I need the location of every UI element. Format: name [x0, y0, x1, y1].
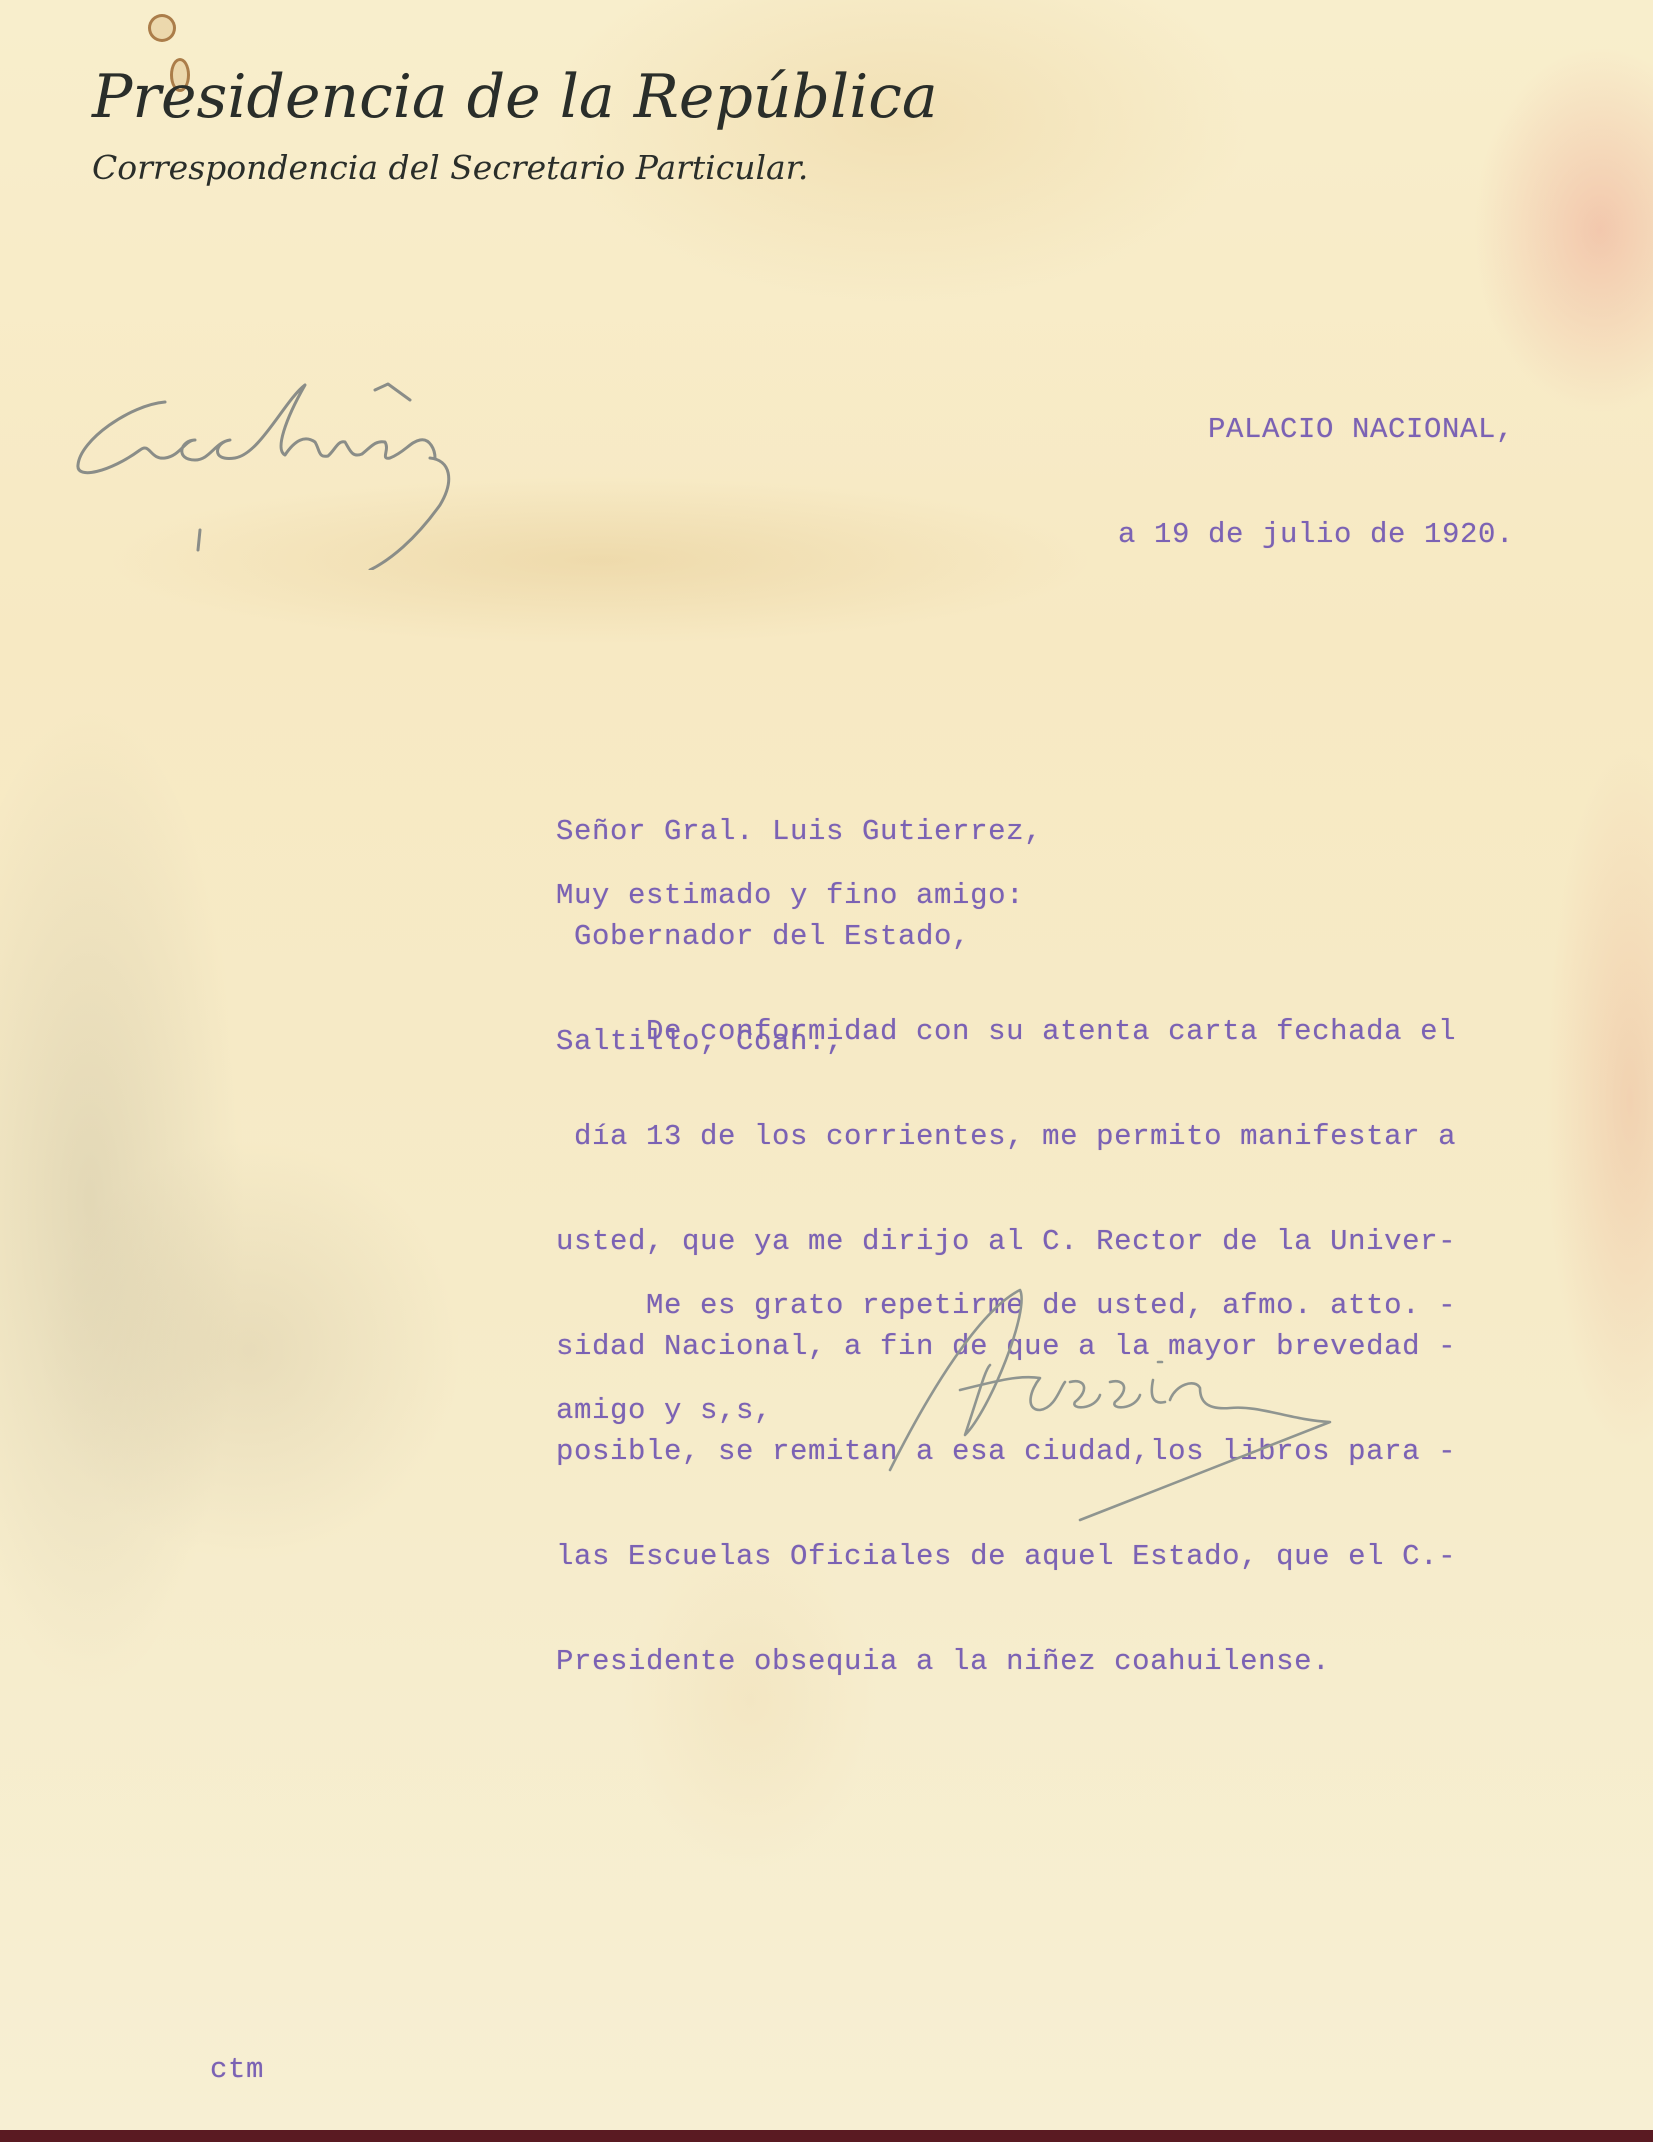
letterhead-subtitle: Correspondencia del Secretario Particula… [92, 148, 832, 188]
signature: Aassia [870, 1270, 1350, 1540]
burn-mark [148, 14, 176, 42]
dateline-place: PALACIO NACIONAL, [1118, 412, 1514, 447]
salutation: Muy estimado y fino amigo: [556, 878, 1024, 913]
dateline: PALACIO NACIONAL, a 19 de julio de 1920. [1118, 342, 1514, 587]
recipient-line: Señor Gral. Luis Gutierrez, [556, 814, 1042, 849]
body-line: día 13 de los corrientes, me permito man… [556, 1119, 1456, 1154]
letterhead-title: Presidencia de la República [92, 62, 852, 132]
pencil-annotation: archívese [70, 380, 490, 570]
handwriting-scribble-icon [70, 380, 490, 570]
body-line: las Escuelas Oficiales de aquel Estado, … [556, 1539, 1456, 1574]
scan-border [0, 2130, 1653, 2142]
dateline-date: a 19 de julio de 1920. [1118, 517, 1514, 552]
body-line: De conformidad con su atenta carta fecha… [556, 1014, 1456, 1049]
reference-initials: ctm [210, 2052, 264, 2087]
body-line: Presidente obsequia a la niñez coahuilen… [556, 1644, 1456, 1679]
signature-text: Aassia [870, 1270, 873, 1271]
signature-scribble-icon: Aassia [870, 1270, 1350, 1540]
